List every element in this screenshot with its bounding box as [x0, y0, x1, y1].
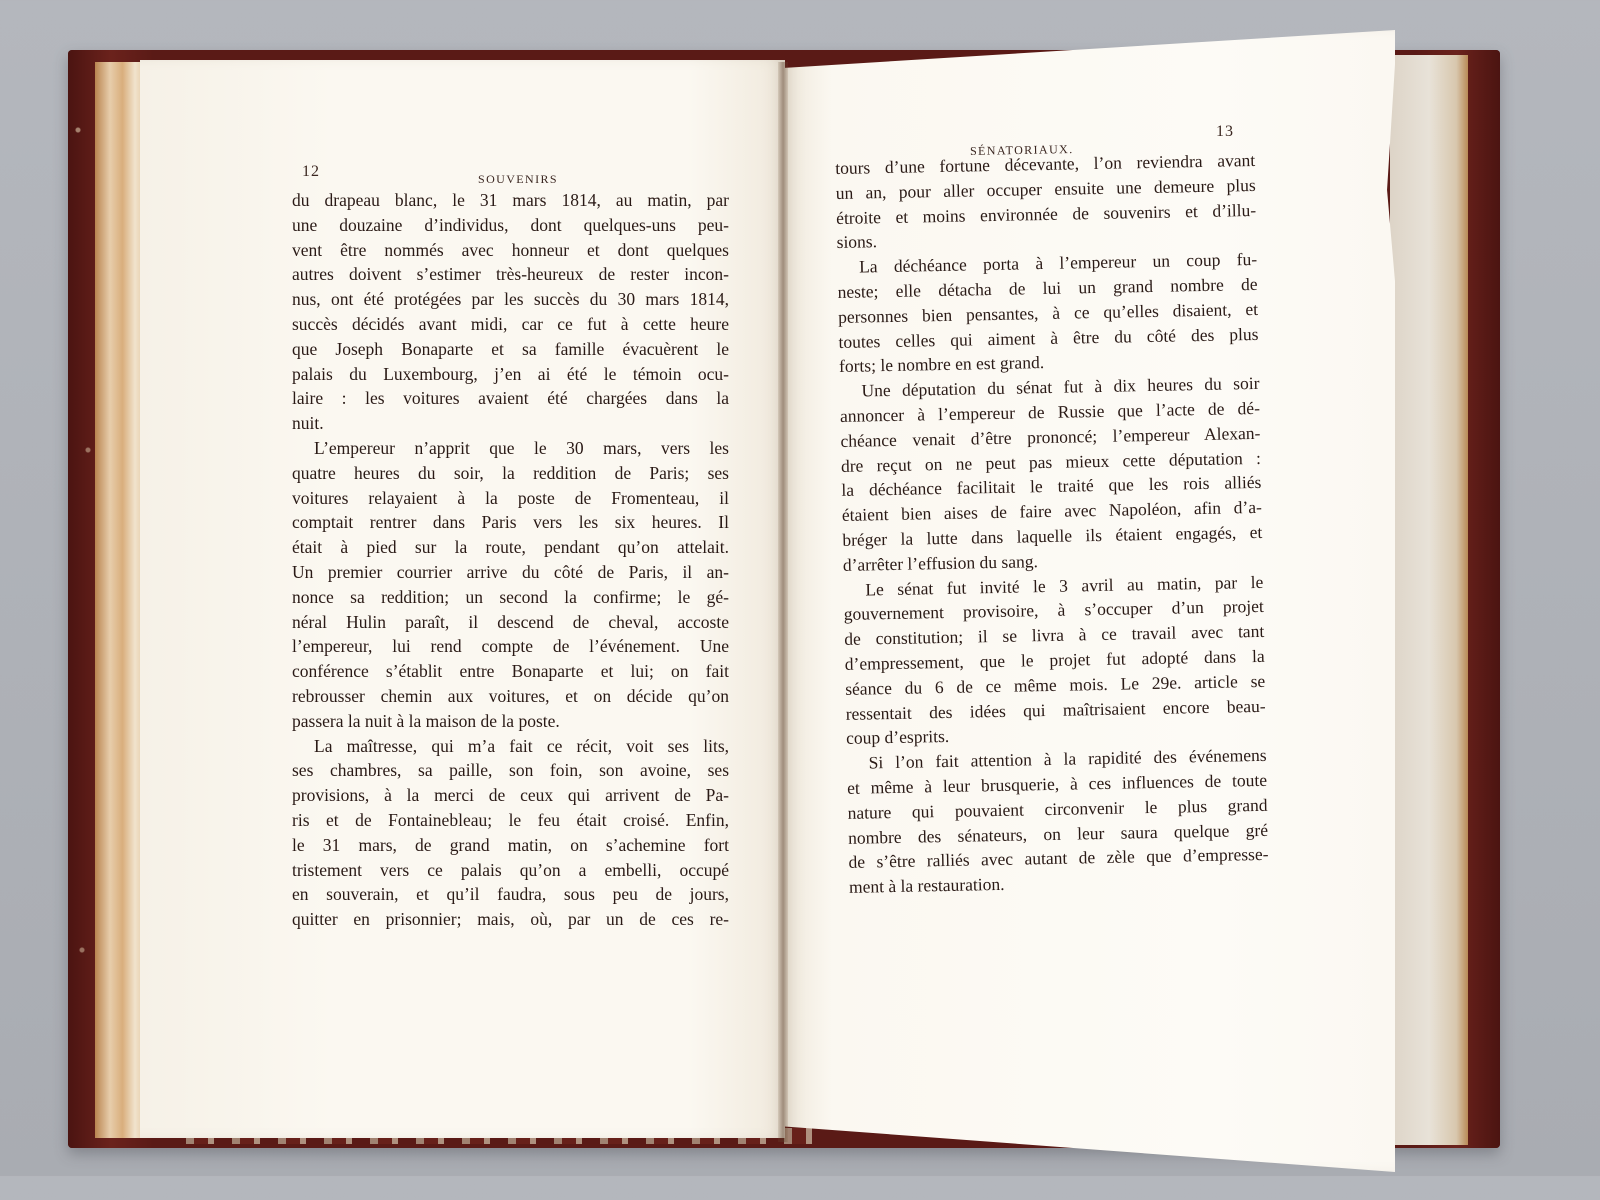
book-gutter — [778, 62, 788, 1142]
text-line: autres doivent s’estimer très-heureux de… — [292, 262, 729, 287]
text-line: nus, ont été protégées par les succès du… — [292, 287, 729, 312]
text-line: du drapeau blanc, le 31 mars 1814, au ma… — [292, 188, 729, 213]
text-line: était à pied sur la route, pendant qu’on… — [292, 535, 729, 560]
left-page-number: 12 — [302, 163, 320, 181]
text-line: l’empereur, lui rend compte de l’événeme… — [292, 634, 729, 659]
text-line: conférence s’établit entre Bonaparte et … — [292, 659, 729, 684]
text-line: Un premier courrier arrive du côté de Pa… — [292, 560, 729, 585]
text-line: rebrousser chemin aux voitures, et on dé… — [292, 684, 729, 709]
text-line: néral Hulin paraît, il descend de cheval… — [292, 610, 729, 635]
right-page-text: tours d’une fortune décevante, l’on revi… — [835, 148, 1269, 900]
text-line: voitures relayaient à la poste de Fromen… — [292, 486, 729, 511]
text-line: que Joseph Bonaparte et sa famille évacu… — [292, 337, 729, 362]
text-line: succès décidés avant midi, car ce fut à … — [292, 312, 729, 337]
left-running-head: SOUVENIRS — [478, 172, 558, 187]
text-line: L’empereur n’apprit que le 30 mars, vers… — [292, 436, 729, 461]
left-page-stack-edge — [95, 62, 145, 1138]
text-line: en souverain, et qu’il faudra, sous peu … — [292, 882, 729, 907]
text-line: tristement vers ce palais qu’on a embell… — [292, 858, 729, 883]
text-line: comptait rentrer dans Paris vers les six… — [292, 510, 729, 535]
text-line: nuit. — [292, 411, 729, 436]
text-line: palais du Luxembourg, j’en ai été le tém… — [292, 362, 729, 387]
text-line: quitter en prisonnier; mais, où, par un … — [292, 907, 729, 932]
text-line: quatre heures du soir, la reddition de P… — [292, 461, 729, 486]
text-line: provisions, à la merci de ceux qui arriv… — [292, 783, 729, 808]
text-line: ris et de Fontainebleau; le feu était cr… — [292, 808, 729, 833]
text-line: nonce sa reddition; un second la confirm… — [292, 585, 729, 610]
text-line: le 31 mars, de grand matin, on s’achemin… — [292, 833, 729, 858]
text-line: une douzaine d’individus, dont quelques-… — [292, 213, 729, 238]
right-page-number: 13 — [1216, 123, 1234, 141]
right-page-stack-edge — [1390, 55, 1468, 1145]
text-line: ses chambres, sa paille, son foin, son a… — [292, 758, 729, 783]
text-line: vent être nommés avec honneur et dont qu… — [292, 238, 729, 263]
left-page-text: du drapeau blanc, le 31 mars 1814, au ma… — [292, 188, 729, 932]
text-line: passera la nuit à la maison de la poste. — [292, 709, 729, 734]
text-line: laire : les voitures avaient été chargée… — [292, 386, 729, 411]
text-line: La maîtresse, qui m’a fait ce récit, voi… — [292, 734, 729, 759]
